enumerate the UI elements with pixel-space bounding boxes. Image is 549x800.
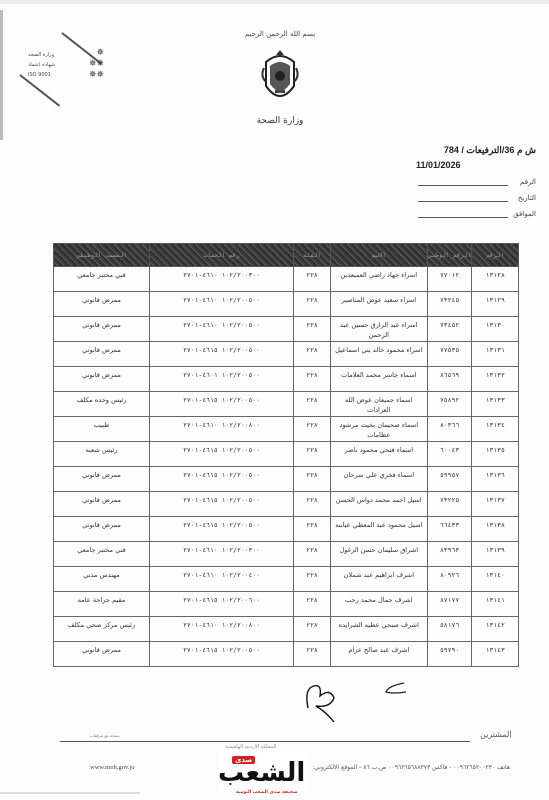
cell-job: ممرض قانوني: [54, 292, 150, 317]
field-underline: [418, 177, 508, 186]
footer-seal: المملكة الاردنية الهاشمية: [225, 744, 276, 750]
table-row: ١٣١٣٤٨٠٣٦٦اسماء صحيمان بخيت مرشود عظامات…: [54, 417, 519, 442]
basmala: بسم الله الرحمن الرحيم: [240, 30, 320, 42]
cell-account: ١٠٢/٢٠٠٤٠٠ ٤٦١٠-٢٧٠١: [150, 567, 294, 592]
cell-job: فني مختبر جامعي: [54, 267, 150, 292]
cell-account: ١٠٢/٢٠٠٥٠٠ ٤٦١٥-٢٧٠١: [150, 392, 294, 417]
cell-name: اشرف صبحي عطيه الشرايده: [330, 617, 427, 642]
cell-account: ١٠٢/٢٠٠٥٠٠ ٤٦١٠-٢٧٠١: [150, 292, 294, 317]
table-row: ١٣١٤٣٥٩٧٩٠اشرف عبد صالح عزام٢٢٨١٠٢/٢٠٠٥٠…: [54, 642, 519, 667]
cell-account: ١٠٢/٢٠٠٣٠٠ ٤٦١٠-٢٧٠١: [150, 542, 294, 567]
cell-name: اسراء سعيد عوض المناصير: [330, 292, 427, 317]
cell-name: اسماء صحيمان بخيت مرشود عظامات: [330, 417, 427, 442]
column-header-seq: الرقم: [472, 244, 519, 267]
cell-account: ١٠٢/٢٠٠٣٠٠ ٤٦١٠-٢٧٠١: [150, 267, 294, 292]
footer-divider: [60, 741, 470, 742]
table-row: ١٣١٣٨٦٦٤٣٣اسيل محمود عبد المعطي عيابنه٢٢…: [54, 517, 519, 542]
cell-code: ٢٢٨: [294, 467, 331, 492]
cell-code: ٢٢٨: [294, 492, 331, 517]
cell-seq: ١٣١٣٢: [472, 367, 519, 392]
cell-job: ممرض قانوني: [54, 517, 150, 542]
cell-id: ٨٦٥٦٩: [427, 367, 472, 392]
table-row: ١٣١٣٣٧٥٨٩٢اسماء جميعان عوض الله العرادات…: [54, 392, 519, 417]
cell-account: ١٠٢/٢٠٠٥٠٠ ٤٦١٥-٢٧٠١: [150, 342, 294, 367]
cell-name: اسماء فخري علي سرحان: [330, 467, 427, 492]
cell-account: ١٠٢/٢٠٠٦٠٠ ٤٦١٥-٢٧٠١: [150, 592, 294, 617]
cell-id: ٥٩٩٥٧: [427, 467, 472, 492]
cell-name: اسيل احمد محمد دواس الحسن: [330, 492, 427, 517]
scan-edge: [0, 792, 140, 794]
cell-job: رئيس شعبه: [54, 442, 150, 467]
cell-account: ١٠٢/٢٠٠٥٠٠ ٤٦١٥-٢٧٠١: [150, 467, 294, 492]
cell-account: ١٠٢/٢٠٠٨٠٠ ٤٦١٠-٢٧٠١: [150, 617, 294, 642]
cell-account: ١٠٢/٢٠٠٥٠٠ ٤٦٠١-٢٧٠١: [150, 367, 294, 392]
cell-seq: ١٣١٣٠: [472, 317, 519, 342]
reference-block: ش م 36/الترفيعات / 784 11/01/2026 الرقم …: [376, 145, 536, 218]
cell-seq: ١٣١٣٥: [472, 442, 519, 467]
table-row: ١٣١٣٢٨٦٥٦٩اسماء جاسر محمد العلامات٢٢٨١٠٢…: [54, 367, 519, 392]
cell-account: ١٠٢/٢٠٠٥٠٠ ٤٦١٥-٢٧٠١: [150, 492, 294, 517]
cell-job: ممرض قانوني: [54, 642, 150, 667]
cell-seq: ١٣١٣٩: [472, 542, 519, 567]
cell-id: ٧٣٢٤٥: [427, 292, 472, 317]
cell-id: ٥٩٧٩٠: [427, 642, 472, 667]
watermark-subtitle: صحيفة صدى الشعب اليومية: [236, 790, 298, 795]
field-underline: [418, 209, 508, 218]
table-row: ١٣١٤١٨٧١٧٧اشرف جمال محمد رجب٢٢٨١٠٢/٢٠٠٦٠…: [54, 592, 519, 617]
table-row: ١٣١٣٠٧٣٤٥٢اسراء عبد الرازق حسين عبد الرح…: [54, 317, 519, 342]
field-date: التاريخ: [376, 190, 536, 202]
cell-id: ٨٣٩٦٣: [427, 542, 472, 567]
cell-code: ٢٢٨: [294, 442, 331, 467]
scan-edge: [0, 0, 549, 4]
table-row: ١٣١٤٢٥٨١٧٦اشرف صبحي عطيه الشرايده٢٢٨١٠٢/…: [54, 617, 519, 642]
cell-name: اشرف ابراهيم عبد شملان: [330, 567, 427, 592]
cell-name: اسيل محمود عبد المعطي عيابنه: [330, 517, 427, 542]
cell-code: ٢٢٨: [294, 292, 331, 317]
cell-code: ٢٢٨: [294, 642, 331, 667]
cell-code: ٢٢٨: [294, 517, 331, 542]
cell-account: ١٠٢/٢٠٠٥٠٠ ٤٦١٠-٢٧٠١: [150, 317, 294, 342]
stamp-line: وزارة الصحة: [28, 52, 54, 58]
cell-seq: ١٣١٤٠: [472, 567, 519, 592]
cell-name: اسراء عبد الرازق حسين عبد الرحمن: [330, 317, 427, 342]
cell-id: ٦٠٠٤٣: [427, 442, 472, 467]
reference-number: ش م 36/الترفيعات / 784: [376, 145, 536, 156]
cell-account: ١٠٢/٢٠٠٥٠٠ ٤٦١٥-٢٧٠١: [150, 517, 294, 542]
table-row: ١٣١٢٩٧٣٢٤٥اسراء سعيد عوض المناصير٢٢٨١٠٢/…: [54, 292, 519, 317]
cell-code: ٢٢٨: [294, 592, 331, 617]
column-header-code: الفئة: [294, 244, 331, 267]
cell-job: رئيس مركز صحي مكلف: [54, 617, 150, 642]
cell-account: ١٠٢/٢٠٠٥٠٠ ٤٦١٥-٢٧٠١: [150, 642, 294, 667]
initials-signature-icon: [380, 680, 410, 700]
cell-name: اشراق سليمان حسن الزغول: [330, 542, 427, 567]
watermark-name: الشعب: [218, 758, 305, 788]
table-row: ١٣١٣٥٦٠٠٤٣اسماء فتحي محمود ناصر٢٢٨١٠٢/٢٠…: [54, 442, 519, 467]
ministry-emblem: بسم الله الرحمن الرحيم وزارة الصحة: [240, 30, 320, 126]
cell-seq: ١٣١٣٨: [472, 517, 519, 542]
letter-page: وزارة الصحة شهادة اعتماد ISO 9001 ✵ ✵✵ ✵…: [0, 0, 549, 800]
column-header-id: الرقم الوطني: [427, 244, 472, 267]
reference-date: 11/01/2026: [376, 160, 536, 170]
cell-id: ٨٧١٧٧: [427, 592, 472, 617]
cell-job: ممرض قانوني: [54, 492, 150, 517]
column-header-account: رقم الحساب: [150, 244, 294, 267]
field-label: الرقم: [510, 178, 536, 186]
field-corresponding: الموافق: [376, 206, 536, 218]
cell-code: ٢٢٨: [294, 317, 331, 342]
cell-code: ٢٢٨: [294, 542, 331, 567]
cell-code: ٢٢٨: [294, 267, 331, 292]
jordan-coat-of-arms-icon: [260, 46, 300, 106]
cell-job: مقيم جراحة عامه: [54, 592, 150, 617]
cell-job: ممرض قانوني: [54, 367, 150, 392]
cell-id: ٧٣٢٢٥: [427, 492, 472, 517]
table-row: ١٣١٣١٧٧٥٣٥اسراء محمود خالد بني اسماعيل٢٢…: [54, 342, 519, 367]
cell-id: ٧٣٤٥٢: [427, 317, 472, 342]
cell-job: فني مختبر جامعي: [54, 542, 150, 567]
cell-seq: ١٣١٣١: [472, 342, 519, 367]
cell-account: ١٠٢/٢٠٠٥٠٠ ٤٦١٥-٢٧٠١: [150, 442, 294, 467]
cell-seq: ١٣١٤١: [472, 592, 519, 617]
cell-name: اشرف عبد صالح عزام: [330, 642, 427, 667]
cell-seq: ١٣١٢٨: [472, 267, 519, 292]
field-label: التاريخ: [510, 194, 536, 202]
footer-note: نسخة مع مرفقات: [90, 733, 120, 738]
cell-id: ٧٥٨٩٢: [427, 392, 472, 417]
cell-seq: ١٣١٣٦: [472, 467, 519, 492]
star-emblem-icon: ✵✵: [89, 70, 104, 80]
cell-seq: ١٣١٣٣: [472, 392, 519, 417]
table-row: ١٣١٣٧٧٣٢٢٥اسيل احمد محمد دواس الحسن٢٢٨١٠…: [54, 492, 519, 517]
cell-seq: ١٣١٢٩: [472, 292, 519, 317]
cell-name: اشرف جمال محمد رجب: [330, 592, 427, 617]
cell-job: مهندس مدني: [54, 567, 150, 592]
field-underline: [418, 193, 508, 202]
cell-id: ٥٨١٧٦: [427, 617, 472, 642]
cell-job: رئيس وحده مكلف: [54, 392, 150, 417]
cell-name: اسماء جميعان عوض الله العرادات: [330, 392, 427, 417]
star-emblem-icon: ✵: [96, 48, 104, 58]
handwritten-signature-icon: [300, 678, 340, 723]
cell-code: ٢٢٨: [294, 342, 331, 367]
contact-details: هاتف ٠٠٩٦٢٦٥٢٠٠٢٣٠ - فاكس ٠٠٩٦٢٦٥٦٨٨٣٧٣ …: [312, 764, 510, 771]
certification-stamp: وزارة الصحة شهادة اعتماد ISO 9001 ✵ ✵✵ ✵…: [18, 30, 108, 110]
cell-name: اسماء فتحي محمود ناصر: [330, 442, 427, 467]
cell-seq: ١٣١٤٣: [472, 642, 519, 667]
cell-job: ممرض قانوني: [54, 342, 150, 367]
cell-name: اسراء محمود خالد بني اسماعيل: [330, 342, 427, 367]
cell-code: ٢٢٨: [294, 392, 331, 417]
signatory-label: المشترين: [480, 730, 512, 739]
cell-name: اسراء جهاد راضي العميعدين: [330, 267, 427, 292]
cell-code: ٢٢٨: [294, 617, 331, 642]
stamp-line: ISO 9001: [28, 72, 51, 78]
scan-edge: [0, 10, 3, 140]
promotions-table: الرقم الرقم الوطني الاسم الفئة رقم الحسا…: [53, 243, 519, 667]
table-header-row: الرقم الرقم الوطني الاسم الفئة رقم الحسا…: [54, 244, 519, 267]
cell-id: ٦٦٤٣٣: [427, 517, 472, 542]
newspaper-watermark-logo: صدى الشعب صحيفة صدى الشعب اليومية: [218, 752, 308, 798]
cell-id: ٨٠٣٦٦: [427, 417, 472, 442]
cell-name: اسماء جاسر محمد العلامات: [330, 367, 427, 392]
table-row: ١٣١٢٨٧٧٠١٢اسراء جهاد راضي العميعدين٢٢٨١٠…: [54, 267, 519, 292]
cell-id: ٨٠٩٢٦: [427, 567, 472, 592]
cell-code: ٢٢٨: [294, 417, 331, 442]
cell-job: ممرض قانوني: [54, 467, 150, 492]
column-header-name: الاسم: [330, 244, 427, 267]
cell-seq: ١٣١٤٢: [472, 617, 519, 642]
cell-job: ممرض قانوني: [54, 317, 150, 342]
star-emblem-icon: ✵✵: [89, 59, 104, 69]
cell-code: ٢٢٨: [294, 367, 331, 392]
field-number: الرقم: [376, 174, 536, 186]
cell-account: ١٠٢/٢٠٠٨٠٠ ٤٦١٠-٢٧٠١: [150, 417, 294, 442]
cell-id: ٧٧٠١٢: [427, 267, 472, 292]
stamp-line: شهادة اعتماد: [28, 62, 55, 68]
website-link[interactable]: www.moh.gov.jo: [90, 764, 134, 771]
ministry-name: وزارة الصحة: [240, 116, 320, 126]
column-header-job: المسمى الوظيفي: [54, 244, 150, 267]
table-row: ١٣١٣٦٥٩٩٥٧اسماء فخري علي سرحان٢٢٨١٠٢/٢٠٠…: [54, 467, 519, 492]
cell-id: ٧٧٥٣٥: [427, 342, 472, 367]
field-label: الموافق: [510, 210, 536, 218]
cell-seq: ١٣١٣٤: [472, 417, 519, 442]
cell-job: طبيب: [54, 417, 150, 442]
cell-seq: ١٣١٣٧: [472, 492, 519, 517]
table-row: ١٣١٣٩٨٣٩٦٣اشراق سليمان حسن الزغول٢٢٨١٠٢/…: [54, 542, 519, 567]
table-row: ١٣١٤٠٨٠٩٢٦اشرف ابراهيم عبد شملان٢٢٨١٠٢/٢…: [54, 567, 519, 592]
cell-code: ٢٢٨: [294, 567, 331, 592]
